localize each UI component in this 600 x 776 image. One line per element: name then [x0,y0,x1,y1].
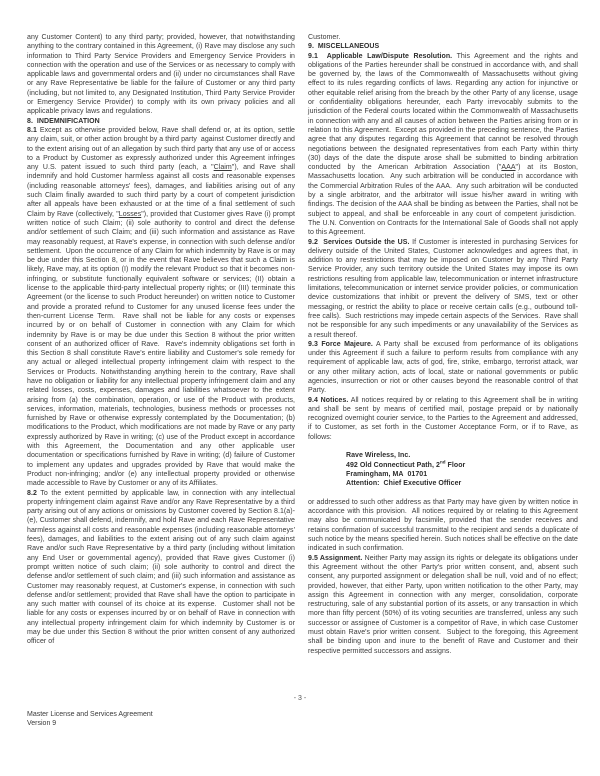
paragraph: 9.2 Services Outside the US. If Customer… [308,238,578,340]
document-footer: Master License and Services Agreement Ve… [27,710,153,729]
section-lead: 9.1 Applicable Law/Dispute Resolution. [308,53,452,60]
paragraph: 8.2 To the extent permitted by applicabl… [27,489,295,647]
section-lead: 9.5 Assignment. [308,555,362,562]
paragraph: any Customer Content) to any third party… [27,33,295,117]
paragraph: Customer. [308,33,578,42]
section-lead: 9.2 Services Outside the US. [308,239,409,246]
paragraph: 9.1 Applicable Law/Dispute Resolution. T… [308,52,578,238]
section-lead: 8.1 [27,127,37,134]
address-line: Rave Wireless, Inc. [346,451,578,460]
two-column-layout: any Customer Content) to any third party… [0,0,600,656]
address-line: Attention: Chief Executive Officer [346,479,578,488]
address-line: Framingham, MA 01701 [346,470,578,479]
paragraph: or addressed to such other address as th… [308,498,578,554]
left-column: any Customer Content) to any third party… [27,33,295,656]
section-lead: 9.3 Force Majeure. [308,341,373,348]
paragraph: 8.1 Except as otherwise provided below, … [27,126,295,489]
right-column: Customer.9. MISCELLANEOUS9.1 Applicable … [308,33,578,656]
paragraph: 9.5 Assignment. Neither Party may assign… [308,554,578,656]
paragraph: 9.4 Notices. All notices required by or … [308,396,578,442]
footer-title: Master License and Services Agreement [27,710,153,719]
page-number: - 3 - [0,695,600,702]
address-line: 492 Old Connecticut Path, 2nd Floor [346,461,578,470]
footer-version: Version 9 [27,719,153,728]
section-lead: 9.4 Notices. [308,397,348,404]
paragraph: 9.3 Force Majeure. A Party shall be excu… [308,340,578,396]
section-lead: 8.2 [27,490,37,497]
section-heading: 8. INDEMNIFICATION [27,117,295,126]
section-heading: 9. MISCELLANEOUS [308,42,578,51]
notice-address-block: Rave Wireless, Inc.492 Old Connecticut P… [346,451,578,488]
document-page: any Customer Content) to any third party… [0,0,600,776]
